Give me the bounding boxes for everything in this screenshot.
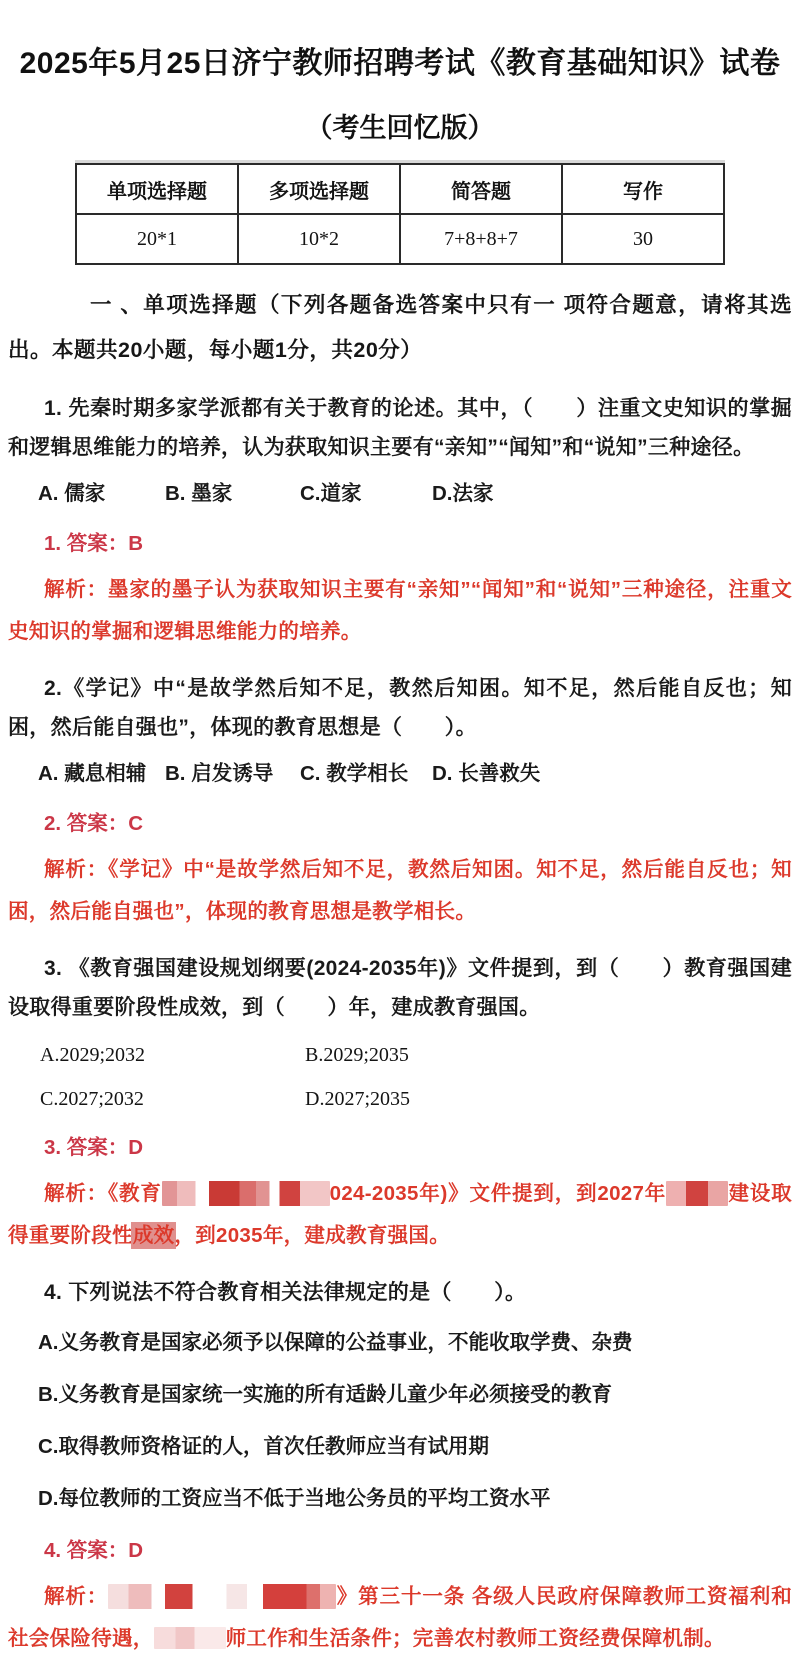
question-4-stem: 4. 下列说法不符合教育相关法律规定的是（ ）。 (8, 1273, 792, 1312)
option-b: B.2029;2035 (305, 1037, 792, 1073)
explanation-text: ，到2035年，建成教育强国。 (174, 1224, 450, 1247)
option-c: C.道家 (300, 475, 432, 513)
redaction-mosaic (154, 1627, 226, 1649)
table-header-row: 单项选择题 多项选择题 简答题 写作 (76, 164, 724, 214)
option-c: C.2027;2032 (40, 1081, 305, 1117)
question-4-answer: 4. 答案：D (8, 1534, 792, 1568)
question-2-explanation: 解析：《学记》中“是故学然后知不足，教然后知困。知不足，然后能自反也；知困，然后… (8, 849, 792, 933)
redaction-mosaic (666, 1181, 728, 1206)
exam-body: 一 、单项选择题（下列各题备选答案中只有一 项符合题意，请将其选出。本题共20小… (0, 283, 800, 1660)
option-d: D.2027;2035 (305, 1081, 792, 1117)
explanation-text: 师工作和生活条件；完善农村教师工资经费保障机制。 (226, 1627, 725, 1650)
question-3-explanation: 解析：《教育024-2035年)》文件提到，到2027年建设取得重要阶段性成效，… (8, 1173, 792, 1257)
table-value-row: 20*1 10*2 7+8+8+7 30 (76, 214, 724, 264)
explanation-text: 解析：《教育 (44, 1182, 162, 1205)
exam-document-page: 2025年5月25日济宁教师招聘考试《教育基础知识》试卷 （考生回忆版） 单项选… (0, 0, 800, 1660)
question-4-option-d: D.每位教师的工资应当不低于当地公务员的平均工资水平 (38, 1478, 792, 1520)
redaction-mosaic (162, 1181, 330, 1206)
question-3-answer: 3. 答案：D (8, 1131, 792, 1165)
page-subtitle: （考生回忆版） (0, 106, 800, 145)
question-1-answer: 1. 答案：B (8, 527, 792, 561)
option-d: D.法家 (432, 475, 792, 513)
option-b: B. 启发诱导 (165, 755, 300, 793)
question-4-option-c: C.取得教师资格证的人，首次任教师应当有试用期 (38, 1426, 792, 1468)
explanation-text: 解析： (44, 1585, 108, 1608)
option-c: C. 教学相长 (300, 755, 432, 793)
question-2-stem: 2.《学记》中“是故学然后知不足，教然后知困。知不足，然后能自反也；知困，然后能… (8, 669, 792, 747)
option-a: A. 藏息相辅 (38, 755, 165, 793)
explanation-text: 024-2035年)》文件提到，到2027年 (330, 1182, 666, 1205)
table-header-cell: 单项选择题 (76, 164, 238, 214)
question-1-stem: 1. 先秦时期多家学派都有关于教育的论述。其中，（ ）注重文史知识的掌掘和逻辑思… (8, 389, 792, 467)
question-1-options: A. 儒家 B. 墨家 C.道家 D.法家 (38, 475, 792, 513)
table-value-cell: 30 (562, 214, 724, 264)
question-4-option-b: B.义务教育是国家统一实施的所有适龄儿童少年必须接受的教育 (38, 1374, 792, 1416)
table-header-cell: 简答题 (400, 164, 562, 214)
question-4-option-a: A.义务教育是国家必须予以保障的公益事业，不能收取学费、杂费 (38, 1322, 792, 1364)
question-3-stem: 3. 《教育强国建设规划纲要(2024-2035年)》文件提到，到（ ）教育强国… (8, 949, 792, 1027)
table-header-cell: 写作 (562, 164, 724, 214)
question-4-explanation: 解析：》第三十一条 各级人民政府保障教师工资福利和社会保险待遇，师工作和生活条件… (8, 1576, 792, 1660)
option-b: B. 墨家 (165, 475, 300, 513)
question-1-explanation: 解析：墨家的墨子认为获取知识主要有“亲知”“闻知”和“说知”三种途径，注重文史知… (8, 569, 792, 653)
table-value-cell: 7+8+8+7 (400, 214, 562, 264)
question-2-answer: 2. 答案：C (8, 807, 792, 841)
question-2-options: A. 藏息相辅 B. 启发诱导 C. 教学相长 D. 长善救失 (38, 755, 792, 793)
option-a: A.2029;2032 (40, 1037, 305, 1073)
score-structure-table: 单项选择题 多项选择题 简答题 写作 20*1 10*2 7+8+8+7 30 (75, 163, 725, 265)
option-a: A. 儒家 (38, 475, 165, 513)
table-value-cell: 20*1 (76, 214, 238, 264)
section-heading: 一 、单项选择题（下列各题备选答案中只有一 项符合题意，请将其选出。本题共20小… (8, 283, 792, 373)
option-d: D. 长善救失 (432, 755, 792, 793)
table-header-cell: 多项选择题 (238, 164, 400, 214)
redaction-smudge: 成效 (133, 1224, 175, 1247)
page-title: 2025年5月25日济宁教师招聘考试《教育基础知识》试卷 (6, 44, 794, 84)
question-3-options: A.2029;2032 B.2029;2035 C.2027;2032 D.20… (40, 1037, 792, 1117)
table-value-cell: 10*2 (238, 214, 400, 264)
redaction-mosaic (108, 1584, 336, 1609)
